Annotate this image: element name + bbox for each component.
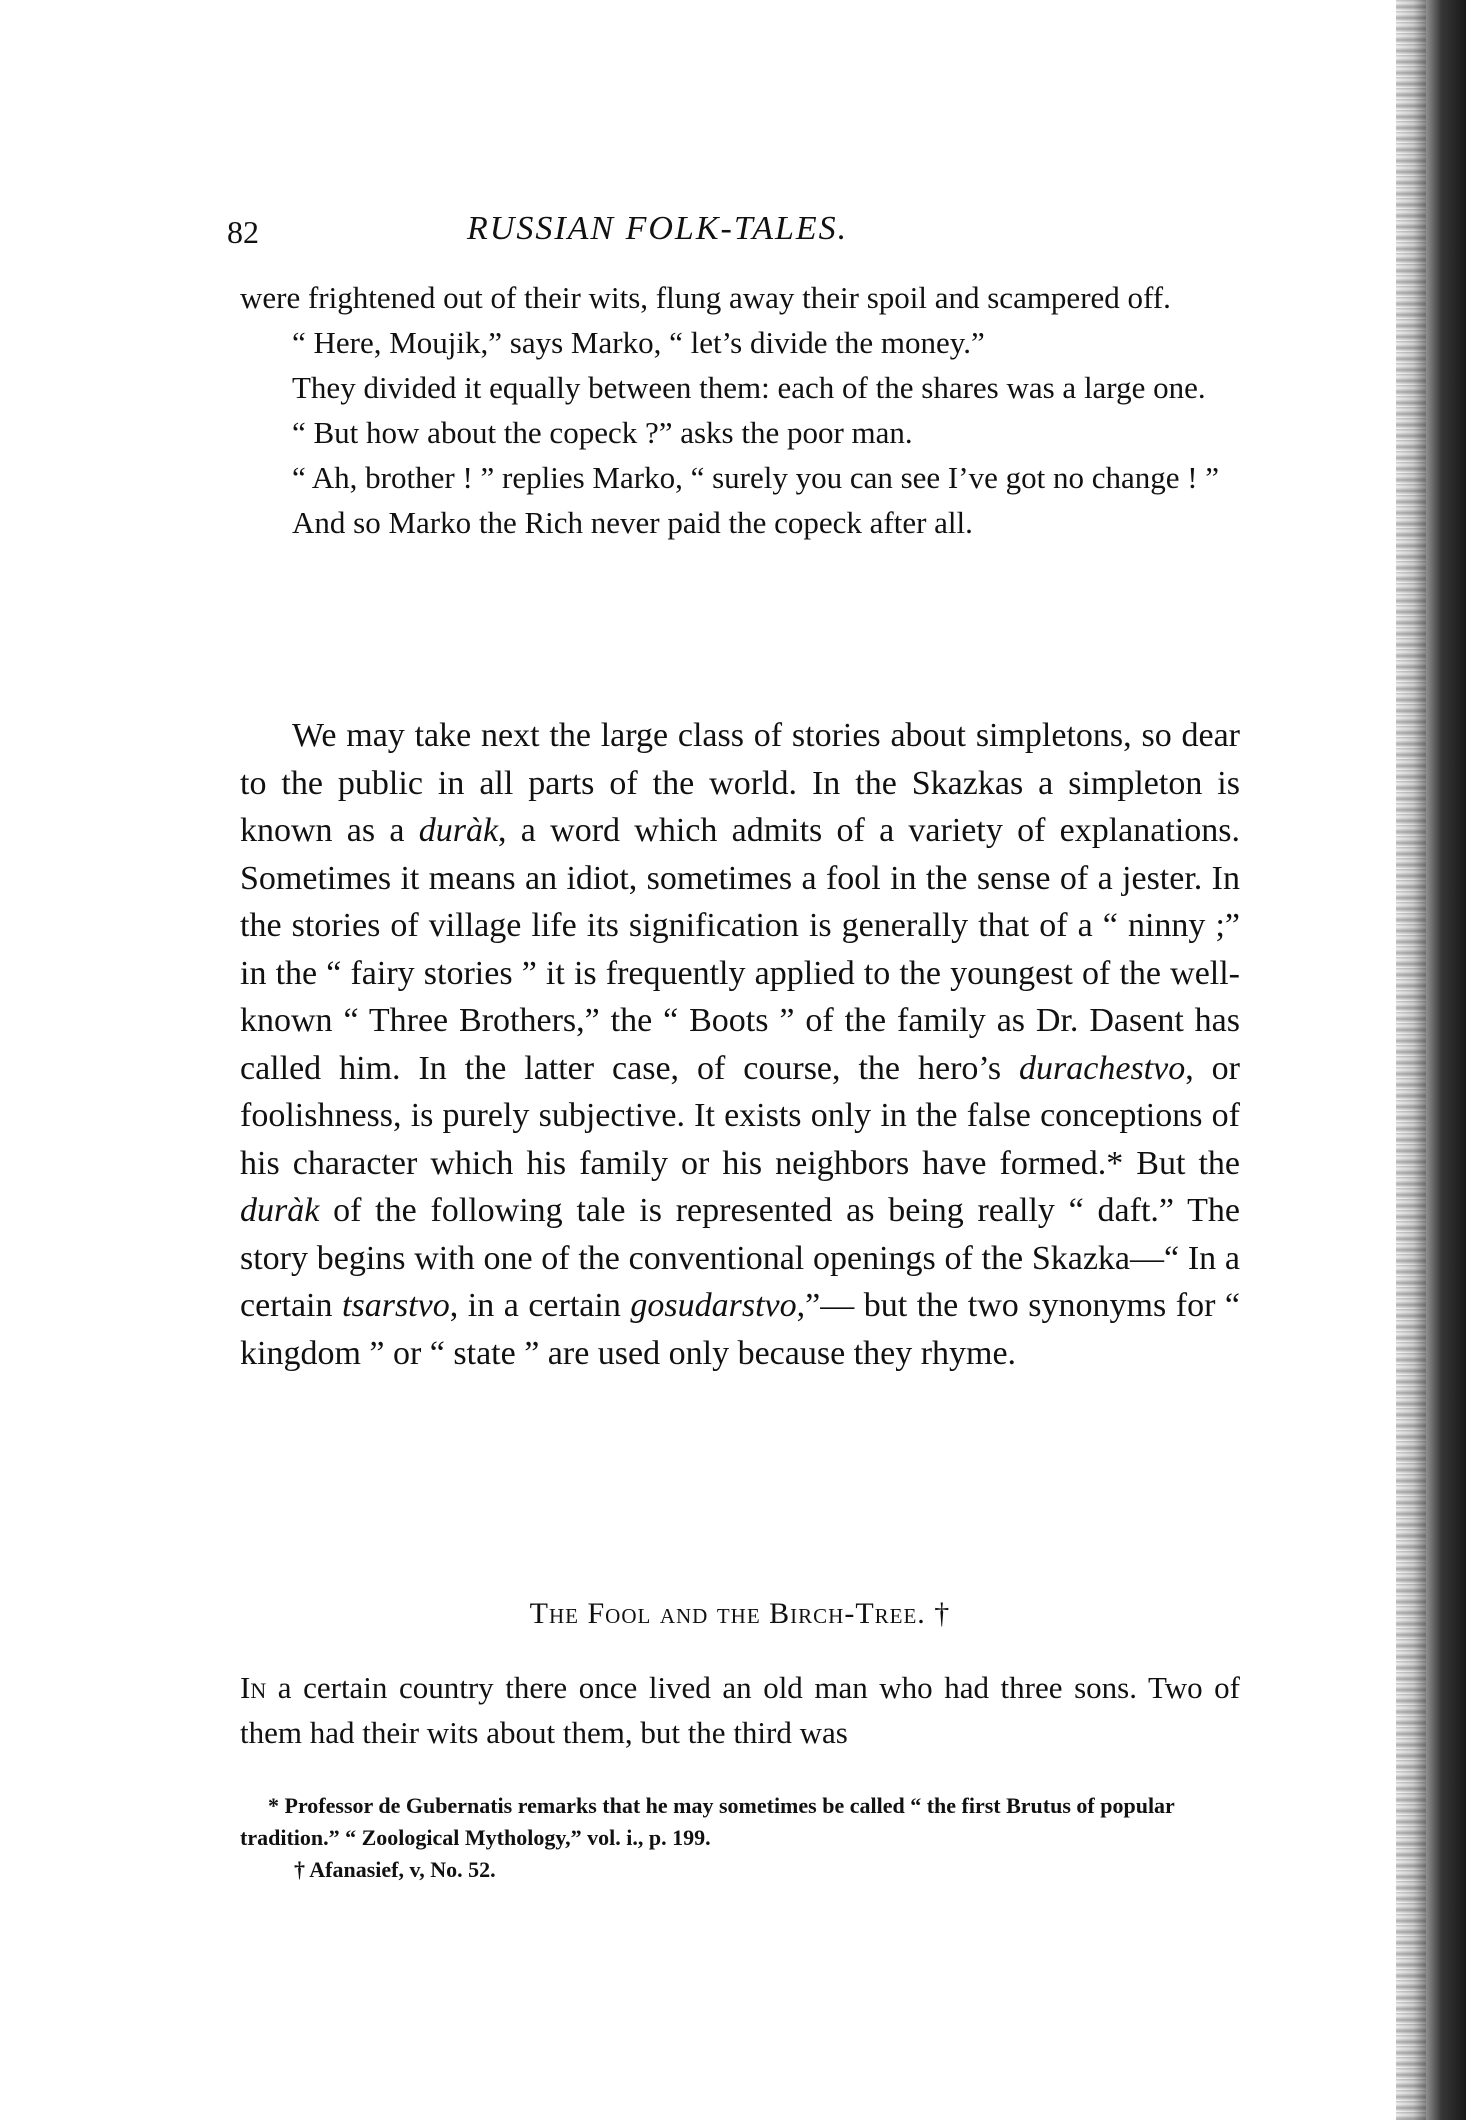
commentary-paragraph: We may take next the large class of stor… bbox=[240, 712, 1240, 1377]
commentary-section: We may take next the large class of stor… bbox=[240, 712, 1240, 1377]
footnote-dagger: † Afanasief, v, No. 52. bbox=[240, 1854, 1240, 1886]
paragraph: were frightened out of their wits, flung… bbox=[240, 275, 1240, 320]
page-number: 82 bbox=[227, 214, 259, 251]
italic-term: tsarstvo bbox=[342, 1287, 450, 1324]
paragraph: And so Marko the Rich never paid the cop… bbox=[240, 500, 1240, 545]
page-binding-edge bbox=[1396, 0, 1466, 2120]
italic-term: duràk bbox=[419, 812, 498, 849]
paragraph: “ But how about the copeck ?” asks the p… bbox=[240, 410, 1240, 455]
running-title: RUSSIAN FOLK-TALES. bbox=[467, 210, 848, 248]
italic-term: durachestvo bbox=[1019, 1050, 1185, 1087]
lead-word: In bbox=[240, 1670, 266, 1705]
story-conclusion: were frightened out of their wits, flung… bbox=[240, 275, 1240, 545]
footnotes: * Professor de Gubernatis remarks that h… bbox=[240, 1790, 1240, 1886]
paragraph: They divided it equally between them: ea… bbox=[240, 365, 1240, 410]
book-page: 82 RUSSIAN FOLK-TALES. were frightened o… bbox=[0, 0, 1466, 2120]
paragraph: “ Here, Moujik,” says Marko, “ let’s div… bbox=[240, 320, 1240, 365]
paragraph: In a certain country there once lived an… bbox=[240, 1665, 1240, 1755]
tale-title: The Fool and the Birch-Tree. † bbox=[240, 1597, 1240, 1631]
italic-term: duràk bbox=[240, 1192, 319, 1229]
running-head: 82 RUSSIAN FOLK-TALES. bbox=[227, 210, 1227, 260]
italic-term: gosudarstvo bbox=[630, 1287, 796, 1324]
footnote-star: * Professor de Gubernatis remarks that h… bbox=[240, 1790, 1240, 1854]
paragraph: “ Ah, brother ! ” replies Marko, “ surel… bbox=[240, 455, 1240, 500]
tale-opening: In a certain country there once lived an… bbox=[240, 1665, 1240, 1755]
